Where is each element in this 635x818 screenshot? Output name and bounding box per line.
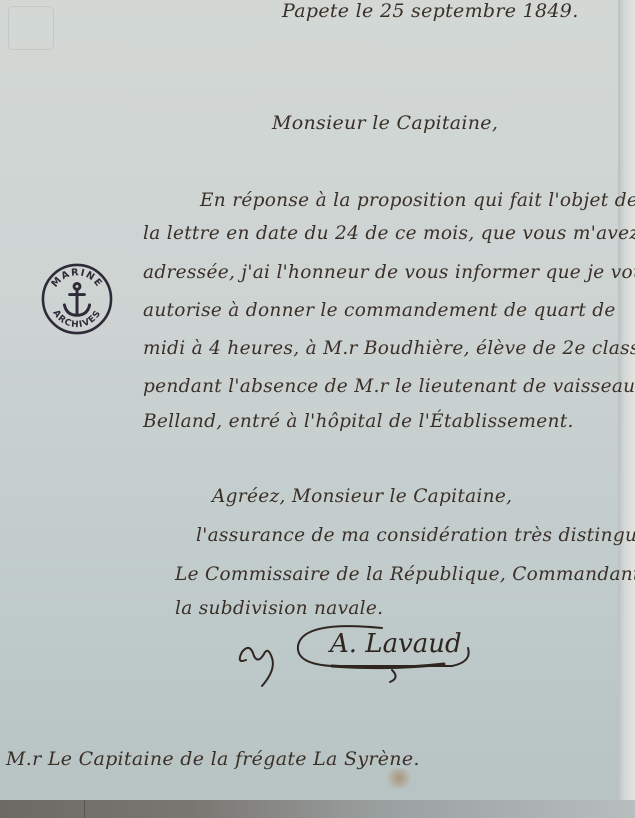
table-surface (0, 800, 635, 818)
faint-blind-stamp (8, 6, 54, 50)
paper-edge (618, 0, 635, 818)
body-line: adressée, j'ai l'honneur de vous informe… (143, 262, 635, 283)
closing-line: l'assurance de ma considération très dis… (196, 525, 635, 546)
body-line: pendant l'absence de M.r le lieutenant d… (143, 376, 635, 397)
ink-stain (384, 768, 414, 788)
addressee-line: M.r Le Capitaine de la frégate La Syrène… (6, 748, 420, 770)
body-line: autorise à donner le commandement de qua… (143, 300, 616, 321)
closing-line: Le Commissaire de la République, Command… (175, 564, 635, 585)
marine-archives-stamp: MARINE ARCHIVES (40, 262, 114, 336)
body-line: Belland, entré à l'hôpital de l'Établiss… (143, 411, 574, 432)
date-line: Papete le 25 septembre 1849. (282, 0, 579, 22)
anchor-icon (64, 283, 89, 315)
body-line: la lettre en date du 24 de ce mois, que … (143, 223, 635, 244)
signature: A. Lavaud (232, 612, 492, 692)
body-line: midi à 4 heures, à M.r Boudhière, élève … (143, 338, 635, 359)
svg-text:A. Lavaud: A. Lavaud (328, 629, 462, 659)
salutation: Monsieur le Capitaine, (272, 112, 498, 134)
body-line: En réponse à la proposition qui fait l'o… (200, 190, 635, 211)
closing-line: Agréez, Monsieur le Capitaine, (212, 486, 512, 507)
